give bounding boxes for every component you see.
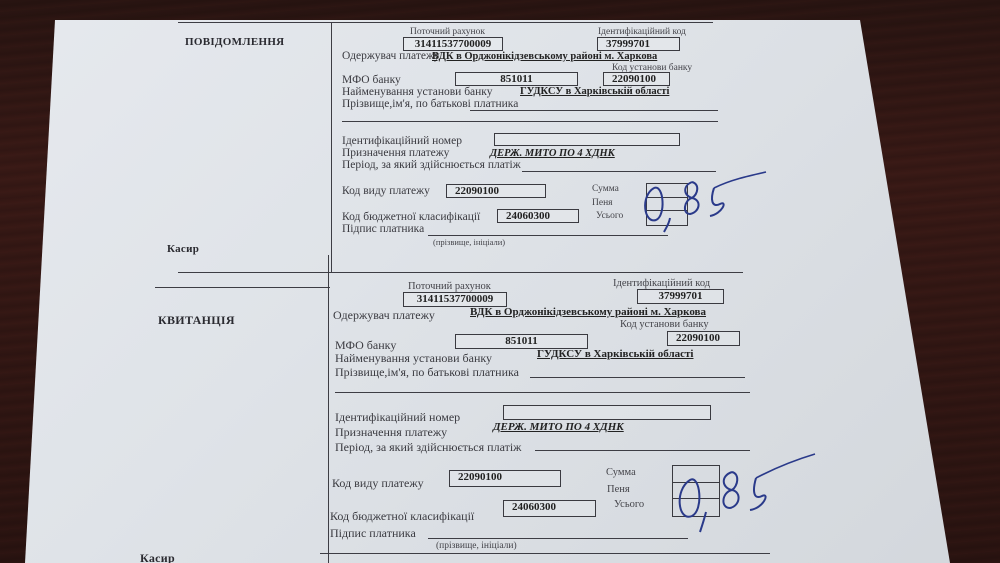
current-account-label: Поточний рахунок [410, 27, 485, 37]
recipient-value: ВДК в Орджонікідзевському районі м. Харк… [470, 306, 706, 318]
signature-label: Підпис платника [342, 223, 424, 235]
period-label: Період, за який здійснюється платіж [342, 159, 521, 171]
recipient-label: Одержувач платежу [342, 50, 440, 62]
mfo-field: 851011 [455, 72, 578, 86]
budget-code-field: 24060300 [497, 209, 579, 223]
payment-slip-paper: ПОВІДОМЛЕННЯ Поточний рахунок 3141153770… [0, 0, 1000, 563]
handwritten-amount-icon [630, 168, 770, 238]
payment-type-field: 22090100 [449, 470, 561, 487]
penalty-label: Пеня [607, 484, 630, 495]
signature-line [428, 538, 688, 539]
budget-code-field: 24060300 [503, 500, 596, 517]
bank-code-field: 22090100 [667, 331, 740, 346]
total-label: Усього [596, 211, 623, 221]
id-code-label: Ідентифікаційний код [613, 278, 710, 289]
current-account-field: 31411537700009 [403, 37, 503, 51]
budget-code-label: Код бюджетної класифікації [330, 509, 474, 524]
current-account-field: 31411537700009 [403, 292, 507, 307]
section-separator [178, 272, 743, 273]
signature-hint: (прізвище, ініціали) [436, 541, 517, 551]
cashier-label: Касир [167, 243, 199, 255]
payer-name-line-2 [335, 392, 750, 393]
id-number-field [494, 133, 680, 146]
budget-code-label: Код бюджетної класифікації [342, 211, 480, 223]
bank-name-label: Найменування установи банку [335, 351, 492, 366]
sum-label: Сумма [606, 467, 636, 478]
receipt-top-left-line [155, 287, 330, 288]
top-border-line [178, 22, 713, 23]
recipient-label: Одержувач платежу [333, 308, 435, 323]
payment-type-label: Код виду платежу [342, 185, 430, 197]
id-number-label: Ідентифікаційний номер [335, 410, 460, 425]
mfo-field: 851011 [455, 334, 588, 349]
bank-name-label: Найменування установи банку [342, 86, 492, 98]
handwritten-amount-icon [660, 450, 820, 540]
id-number-label: Ідентифікаційний номер [342, 135, 462, 147]
payer-name-line [470, 110, 718, 111]
receipt-bottom-line [320, 553, 770, 554]
id-code-field: 37999701 [637, 289, 724, 304]
receipt-divider-vertical [328, 255, 329, 563]
id-code-field: 37999701 [597, 37, 680, 51]
signature-label: Підпис платника [330, 526, 416, 541]
recipient-value: ВДК в Орджонікідзевському районі м. Харк… [432, 51, 657, 62]
mfo-label: МФО банку [342, 74, 401, 86]
sum-label: Сумма [592, 184, 619, 194]
payment-type-label: Код виду платежу [332, 476, 424, 491]
purpose-label: Призначення платежу [335, 425, 447, 440]
bank-name-value: ГУДКСУ в Харківській області [537, 348, 694, 360]
bank-code-label: Код установи банку [620, 319, 709, 330]
section-divider-vertical [331, 22, 332, 272]
id-code-label: Ідентифікаційний код [598, 27, 686, 37]
payer-name-label: Прізвище,ім'я, по батькові платника [335, 365, 519, 380]
bank-code-field: 22090100 [603, 72, 670, 86]
current-account-label: Поточний рахунок [408, 281, 491, 292]
payer-name-label: Прізвище,ім'я, по батькові платника [342, 98, 518, 110]
total-label: Усього [614, 499, 644, 510]
payer-name-line-2 [342, 121, 718, 122]
payer-name-line [530, 377, 745, 378]
purpose-value: ДЕРЖ. МИТО ПО 4 ХДНК [493, 421, 624, 433]
purpose-label: Призначення платежу [342, 147, 449, 159]
bank-name-value: ГУДКСУ в Харківській області [520, 86, 669, 97]
section-title: ПОВІДОМЛЕННЯ [185, 36, 284, 48]
cashier-label: Касир [140, 551, 175, 563]
id-number-field [503, 405, 711, 420]
payment-type-field: 22090100 [446, 184, 546, 198]
penalty-label: Пеня [592, 198, 613, 208]
signature-hint: (прізвище, ініціали) [433, 237, 505, 247]
purpose-value: ДЕРЖ. МИТО ПО 4 ХДНК [490, 148, 615, 159]
section-title: КВИТАНЦІЯ [158, 313, 235, 328]
period-label: Період, за який здійснюється платіж [335, 440, 521, 455]
